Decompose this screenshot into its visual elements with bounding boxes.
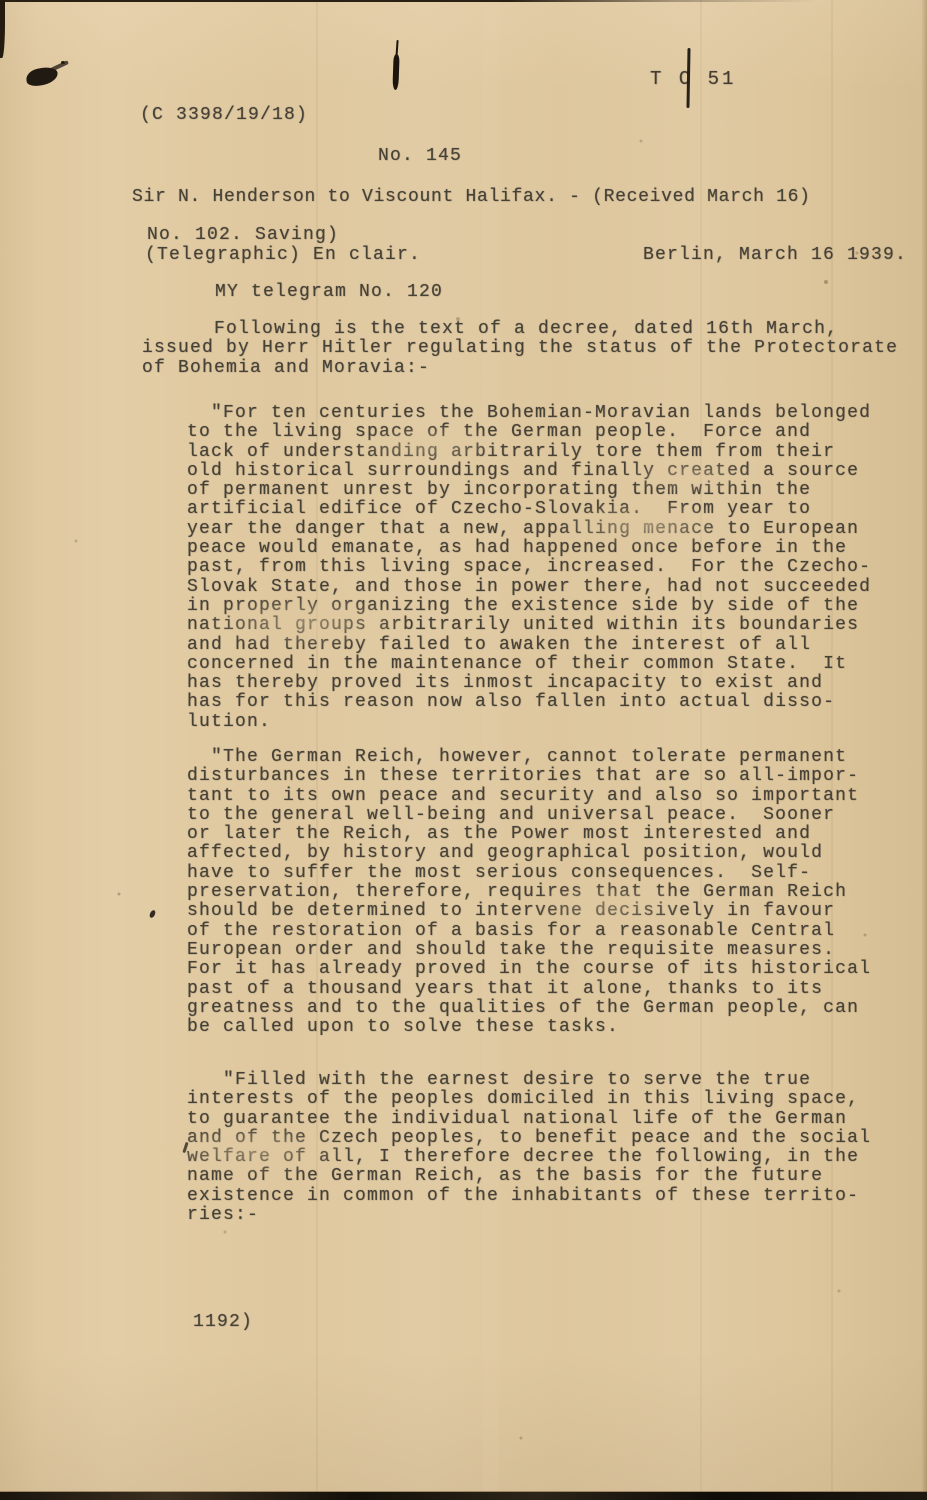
- telegram-number-line: No. 102. Saving): [147, 226, 339, 245]
- ink-smudge-tail-artifact: [50, 60, 69, 72]
- reference-note: MY telegram No. 120: [215, 283, 443, 302]
- dispatch-heading: Sir N. Henderson to Viscount Halifax. - …: [132, 188, 811, 207]
- scan-edge-bottom: [0, 1492, 927, 1500]
- dateline: Berlin, March 16 1939.: [643, 246, 907, 265]
- intro-paragraph: Following is the text of a decree, dated…: [142, 320, 898, 378]
- document-number: No. 145: [378, 147, 462, 166]
- transmission-method-line: (Telegraphic) En clair.: [145, 246, 421, 265]
- scan-edge-top-left: [0, 0, 5, 58]
- stamp-strike-mark: [686, 48, 690, 108]
- scanned-telegram-page: T C 51 (C 3398/19/18) No. 145 Sir N. Hen…: [0, 0, 927, 1500]
- decree-paragraph-2: "The German Reich, however, cannot toler…: [187, 748, 871, 1037]
- registry-reference-code: (C 3398/19/18): [140, 106, 308, 125]
- file-stamp: T C 51: [650, 70, 736, 89]
- decree-paragraph-1: "For ten centuries the Bohemian-Moravian…: [187, 404, 871, 732]
- ink-speck-artifact: [61, 61, 65, 64]
- footer-serial-number: 1192): [193, 1313, 253, 1332]
- scan-edge-top: [0, 0, 927, 2]
- pen-stroke-artifact: [392, 54, 399, 90]
- margin-mark-artifact: [149, 909, 156, 918]
- decree-paragraph-3: "Filled with the earnest desire to serve…: [187, 1071, 871, 1225]
- scan-edge-right: [921, 0, 927, 1500]
